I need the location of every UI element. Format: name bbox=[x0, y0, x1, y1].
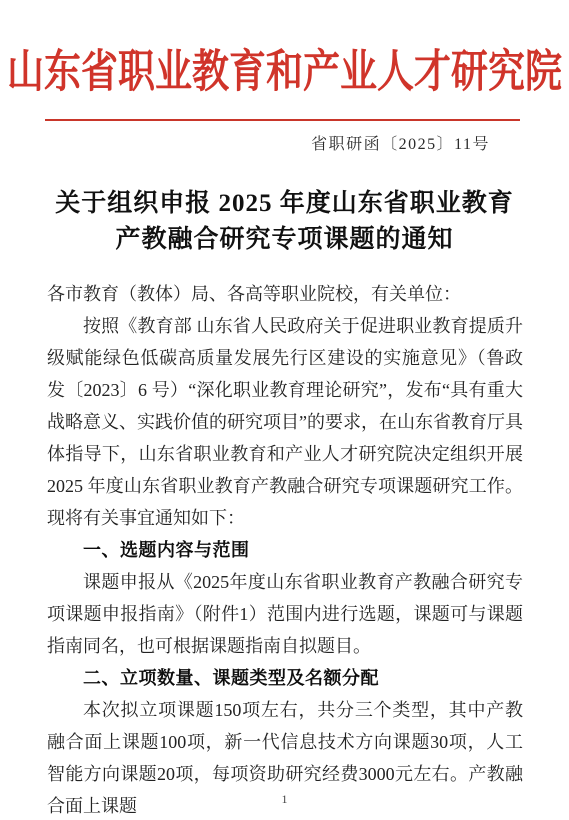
paragraph-intro: 按照《教育部 山东省人民政府关于促进职业教育提质升级赋能绿色低碳高质量发展先行区… bbox=[47, 310, 523, 534]
org-masthead: 山东省职业教育和产业人才研究院 bbox=[0, 54, 569, 91]
section-heading-quota: 二、立项数量、课题类型及名额分配 bbox=[47, 662, 523, 694]
document-page: 山东省职业教育和产业人才研究院 省职研函〔2025〕11号 关于组织申报 202… bbox=[0, 0, 569, 820]
notice-body: 各市教育（教体）局、各高等职业院校，有关单位： 按照《教育部 山东省人民政府关于… bbox=[47, 278, 523, 820]
notice-title: 关于组织申报 2025 年度山东省职业教育 产教融合研究专项课题的通知 bbox=[0, 186, 569, 258]
section-heading-topic-scope: 一、选题内容与范围 bbox=[47, 534, 523, 566]
notice-title-line2: 产教融合研究专项课题的通知 bbox=[0, 222, 569, 258]
paragraph-topic-scope: 课题申报从《2025年度山东省职业教育产教融合研究专项课题申报指南》（附件1）范… bbox=[47, 566, 523, 662]
org-name: 山东省职业教育和产业人才研究院 bbox=[7, 50, 562, 95]
masthead-divider bbox=[45, 119, 520, 121]
doc-reference-number: 省职研函〔2025〕11号 bbox=[311, 131, 490, 154]
salutation-line: 各市教育（教体）局、各高等职业院校，有关单位： bbox=[47, 278, 523, 310]
notice-title-line1: 关于组织申报 2025 年度山东省职业教育 bbox=[0, 186, 569, 222]
page-number: 1 bbox=[0, 792, 569, 807]
